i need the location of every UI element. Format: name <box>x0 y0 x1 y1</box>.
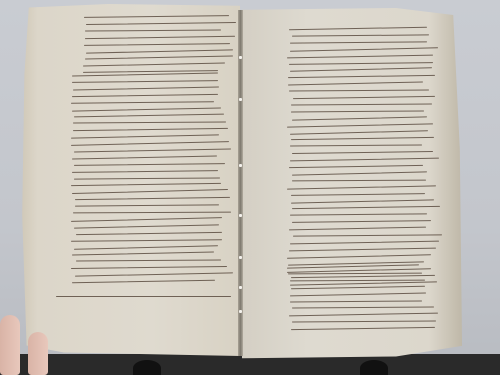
handwriting-line <box>290 241 439 245</box>
handwriting-line <box>290 68 432 73</box>
stitch <box>239 256 242 259</box>
handwriting-line <box>74 177 220 179</box>
handwriting-line <box>293 96 435 100</box>
handwriting-line <box>86 22 236 25</box>
handwriting-line <box>73 86 219 90</box>
handwriting-line <box>292 321 436 323</box>
handwriting-line <box>72 155 216 159</box>
handwriting-line <box>291 199 434 204</box>
handwriting-line <box>72 107 221 111</box>
handwriting-line <box>71 101 214 104</box>
handwriting-line <box>73 212 231 214</box>
handwriting-line <box>290 130 428 135</box>
handwriting-line <box>75 272 233 277</box>
handwriting-line <box>289 27 427 31</box>
handwriting-line <box>288 272 422 274</box>
stitch <box>239 164 242 167</box>
handwriting-line <box>85 35 235 39</box>
manuscript-book <box>20 4 466 360</box>
handwriting-line <box>71 80 217 83</box>
handwriting-line <box>75 204 219 207</box>
handwriting-line <box>72 280 215 284</box>
handwriting-line <box>292 171 427 176</box>
stitch <box>239 56 242 59</box>
handwriting-line <box>287 254 431 259</box>
handwriting-line <box>72 189 228 194</box>
handwriting-line <box>74 114 224 118</box>
book-gutter <box>238 10 243 356</box>
handwriting-line <box>292 34 429 37</box>
handwriting-line <box>74 224 219 228</box>
handwriting-line <box>71 266 227 269</box>
handwriting-line <box>84 43 230 46</box>
handwriting-line <box>292 307 434 309</box>
handwriting-line <box>71 217 222 222</box>
handwriting-line <box>288 75 435 79</box>
handwriting-line <box>289 62 433 65</box>
stitch <box>239 98 242 101</box>
handwriting-line <box>290 41 427 44</box>
handwriting-line <box>291 110 424 112</box>
handwriting-line <box>291 103 432 105</box>
handwriting-line <box>290 300 422 302</box>
shoe-left <box>133 360 161 375</box>
handwriting-line <box>291 137 434 140</box>
handwriting-line <box>73 128 228 131</box>
handwriting-line <box>84 15 229 18</box>
handwriting-line <box>74 245 218 250</box>
stitch <box>239 310 242 313</box>
handwriting-line <box>289 247 436 251</box>
handwriting-line <box>292 179 426 181</box>
handwriting-line <box>83 63 225 67</box>
stitch <box>239 286 242 289</box>
thumb <box>0 315 20 375</box>
handwriting-line <box>76 232 222 236</box>
handwriting-line <box>291 193 425 196</box>
handwriting-line <box>74 148 231 152</box>
handwriting-line <box>71 183 221 187</box>
handwriting-line <box>287 185 436 190</box>
handwriting-line <box>85 29 221 31</box>
handwriting-line <box>291 285 425 289</box>
handwriting-line <box>290 292 426 296</box>
shoe-right <box>360 360 388 375</box>
handwriting-line <box>293 234 442 236</box>
handwriting-line <box>290 214 427 217</box>
handwriting-line <box>288 82 423 86</box>
handwriting-line <box>76 260 221 262</box>
handwriting-line <box>72 170 218 173</box>
handwriting-line <box>291 327 435 330</box>
closing-line <box>56 296 231 297</box>
handwriting-line <box>292 206 440 210</box>
right-page <box>242 8 462 360</box>
handwriting-line <box>289 227 426 231</box>
handwriting-line <box>291 275 435 279</box>
handwriting-line <box>290 145 422 147</box>
finger <box>28 332 48 375</box>
handwriting-line <box>290 158 439 162</box>
handwriting-line <box>292 116 427 121</box>
handwriting-line <box>75 197 230 201</box>
handwriting-line <box>289 90 429 92</box>
handwriting-line <box>73 122 226 124</box>
handwriting-line <box>72 94 218 97</box>
handwriting-line <box>287 123 433 127</box>
handwriting-line <box>287 54 433 58</box>
handwriting-line <box>85 56 233 60</box>
handwriting-line <box>288 165 422 169</box>
stitch <box>239 214 242 217</box>
handwriting-line <box>72 72 218 76</box>
left-page <box>20 4 240 356</box>
handwriting-line <box>289 313 438 317</box>
handwriting-line <box>71 141 229 146</box>
handwriting-line <box>292 220 431 223</box>
handwriting-line <box>71 239 222 242</box>
handwriting-line <box>290 47 438 52</box>
handwriting-line <box>72 252 214 256</box>
handwriting-line <box>86 49 233 53</box>
handwriting-line <box>71 134 219 139</box>
handwriting-line <box>292 151 433 154</box>
handwriting-line <box>74 163 225 166</box>
